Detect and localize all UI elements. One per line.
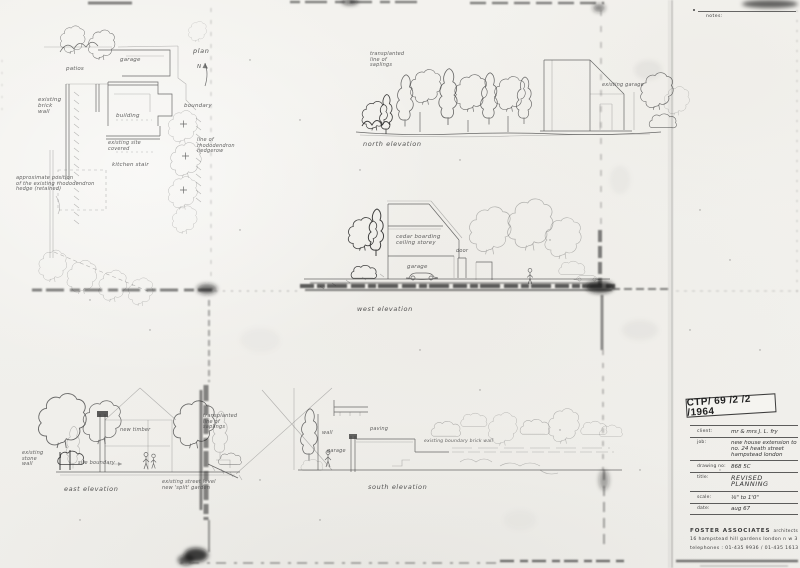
drawing-no-value: 868 5C [731, 464, 751, 470]
west-elevation-caption: west elevation [357, 306, 413, 313]
drawing-sheet: plan N garage patios existing brick wall… [0, 0, 800, 568]
label-west-door: door [456, 249, 468, 255]
title-block: client: mr & mrs J. L. fry job: new hous… [690, 425, 798, 515]
plan-caption: plan [193, 48, 209, 55]
label-plan-garage: garage [120, 57, 141, 63]
scale-label: scale: [697, 495, 727, 501]
label-plan-site-covered: existing site covered [108, 141, 141, 152]
label-east-split-level: existing street level new 'split' garden [162, 480, 216, 491]
title-block-row-job: job: new house extension to no. 24 heath… [690, 438, 798, 462]
client-label: client: [697, 429, 727, 435]
firm-address: 16 hampstead hill gardens london n w 3 [690, 536, 800, 545]
date-label: date: [697, 506, 727, 512]
date-value: aug 67 [731, 506, 750, 512]
label-south-garage: garage [327, 449, 346, 455]
label-south-paving: paving [370, 427, 388, 433]
title-block-row-title: title: REVISED PLANNING [690, 473, 798, 493]
label-east-site-boundary: site boundary [78, 461, 115, 467]
label-south-wall: wall [322, 431, 333, 437]
label-south-brick-wall: existing boundary brick wall [424, 439, 493, 445]
firm-telephones: telephones : 01-435 9936 / 01-435 1613 [690, 545, 800, 554]
title-label: title: [697, 475, 727, 481]
label-plan-building: building [116, 113, 140, 119]
notes-rule [698, 11, 796, 12]
south-elevation-caption: south elevation [368, 484, 427, 491]
firm-role: architects [773, 529, 798, 534]
label-west-garage: garage [407, 264, 428, 270]
notes-label: notes: [706, 14, 723, 19]
notes-bullet [693, 9, 695, 11]
label-plan-boundary: boundary [184, 103, 212, 109]
job-value: new house extension to no. 24 heath stre… [731, 440, 798, 458]
label-plan-patios: patios [66, 66, 84, 72]
label-plan-hedge-note: approximate position of the existing rho… [16, 176, 95, 193]
north-arrow-label: N [197, 64, 201, 70]
planning-stamp: CTP/ 69 /2 /2 /1964 [686, 393, 777, 417]
job-label: job: [697, 440, 727, 446]
label-north-existing-garage: existing garage [602, 83, 644, 89]
south-elevation-sketch [298, 400, 622, 474]
scale-value: ⅛" to 1'0" [731, 495, 759, 501]
label-north-saplings: transplanted line of saplings [370, 52, 404, 69]
label-east-saplings: transplanted line of saplings [203, 414, 237, 431]
label-plan-rhododendron: line of rhododendron hedgerow [197, 138, 235, 155]
stamp-text: CTP/ 69 /2 /2 /1964 [686, 393, 775, 418]
title-block-row-scale: scale: ⅛" to 1'0" [690, 492, 798, 504]
east-elevation-caption: east elevation [64, 486, 118, 493]
label-plan-existing-brick-wall: existing brick wall [38, 97, 61, 116]
title-panel: notes: CTP/ 69 /2 /2 /1964 client: mr & … [673, 0, 800, 568]
north-elevation-caption: north elevation [363, 141, 422, 148]
label-east-new-timber: new timber [120, 428, 150, 434]
title-block-row-drawing-no: drawing no: 868 5C [690, 461, 798, 473]
label-east-stone-wall: existing stone wall [22, 451, 43, 468]
drawing-no-label: drawing no: [697, 464, 727, 470]
client-value: mr & mrs J. L. fry [731, 429, 778, 435]
label-plan-kitchen-stair: kitchen stair [112, 162, 149, 168]
firm-name: FOSTER ASSOCIATES [690, 528, 770, 534]
label-west-cedar: cedar boarding ceiling storey [396, 234, 441, 246]
title-block-row-date: date: aug 67 [690, 504, 798, 516]
title-value: REVISED PLANNING [731, 475, 798, 487]
title-block-row-client: client: mr & mrs J. L. fry [690, 426, 798, 438]
firm-block: FOSTER ASSOCIATESarchitects 16 hampstead… [690, 527, 800, 553]
west-elevation-sketch [304, 199, 610, 289]
